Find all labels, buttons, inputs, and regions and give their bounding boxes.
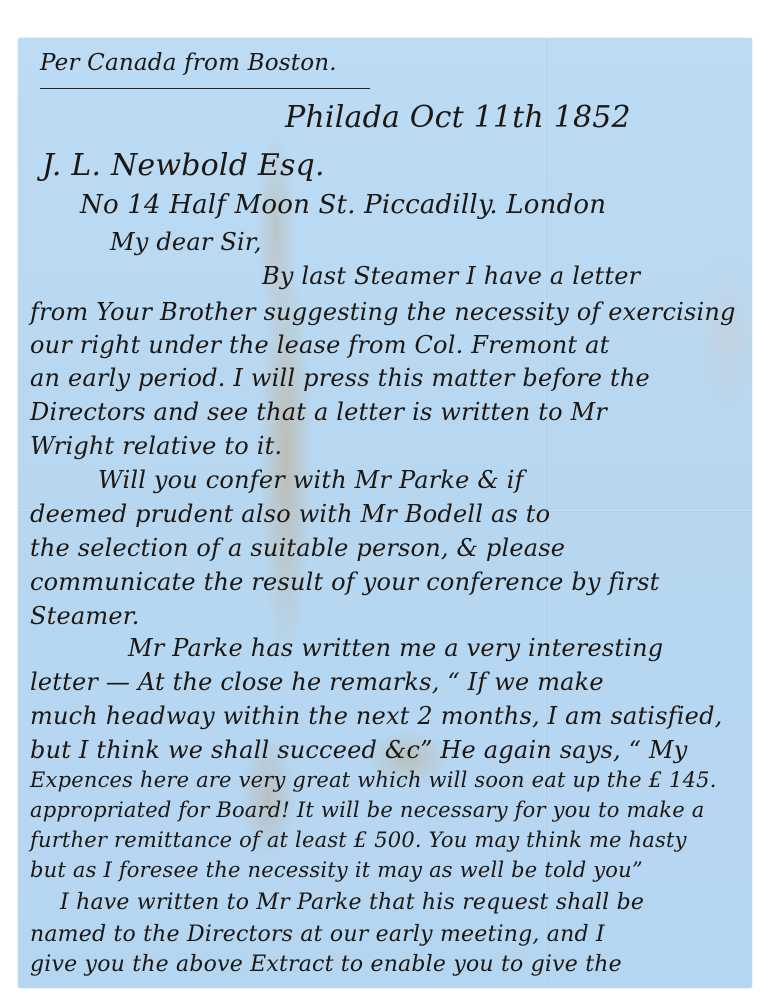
addressee-name: J. L. Newbold Esq.	[42, 148, 325, 183]
routing-note-underline	[40, 88, 370, 89]
body-line: our right under the lease from Col. Frem…	[30, 331, 609, 359]
body-line: letter — At the close he remarks, “ If w…	[30, 668, 604, 696]
routing-note: Per Canada from Boston.	[40, 50, 337, 76]
place-date: Philada Oct 11th 1852	[285, 100, 631, 135]
body-line: Wright relative to it.	[30, 432, 282, 460]
body-line: Expences here are very great which will …	[30, 768, 717, 792]
body-line: I have written to Mr Parke that his requ…	[60, 890, 644, 915]
body-line: named to the Directors at our early meet…	[30, 922, 605, 947]
body-line: Will you confer with Mr Parke & if	[98, 466, 524, 494]
body-line: an early period. I will press this matte…	[30, 364, 650, 392]
body-line: from Your Brother suggesting the necessi…	[30, 298, 736, 326]
body-line: deemed prudent also with Mr Bodell as to	[30, 500, 550, 528]
body-line: appropriated for Board! It will be neces…	[30, 798, 704, 822]
body-line: Directors and see that a letter is writt…	[30, 398, 607, 426]
body-line: Mr Parke has written me a very interesti…	[128, 634, 663, 662]
body-line: give you the above Extract to enable you…	[30, 952, 622, 977]
body-line: the selection of a suitable person, & pl…	[30, 534, 565, 562]
body-line: much headway within the next 2 months, I…	[30, 702, 722, 730]
body-line: but as I foresee the necessity it may as…	[30, 858, 643, 882]
body-line: Steamer.	[30, 602, 140, 630]
body-line: communicate the result of your conferenc…	[30, 568, 659, 596]
body-line: but I think we shall succeed &c” He agai…	[30, 736, 688, 764]
body-line: By last Steamer I have a letter	[262, 262, 640, 290]
addressee-address: No 14 Half Moon St. Piccadilly. London	[80, 190, 606, 220]
body-line: further remittance of at least £ 500. Yo…	[30, 828, 687, 852]
salutation: My dear Sir,	[110, 228, 262, 256]
